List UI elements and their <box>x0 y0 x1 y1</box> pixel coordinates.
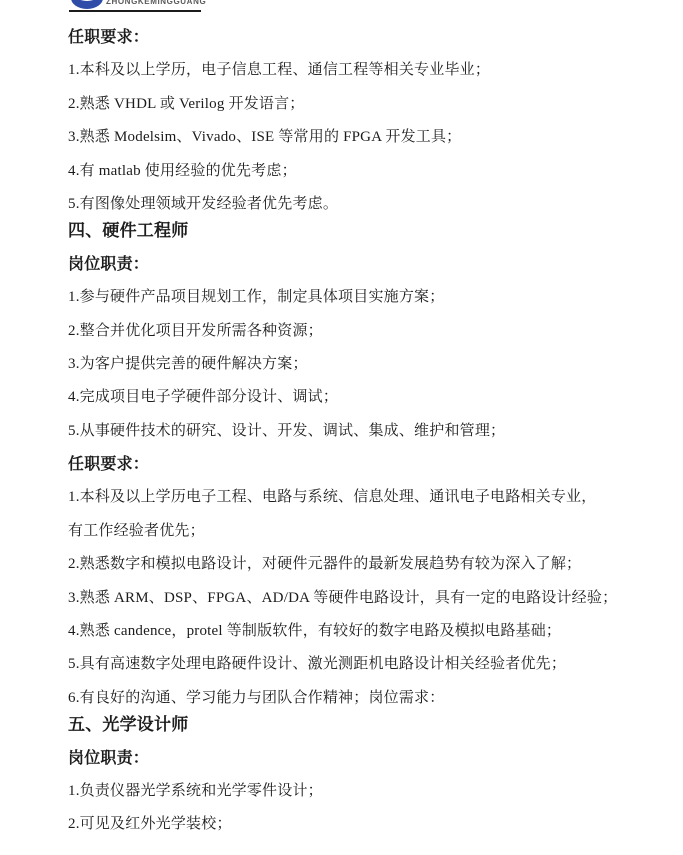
paragraph-line: 4.完成项目电子学硬件部分设计、调试； <box>68 381 673 414</box>
company-logo-text: ZHONGKEMINGGUANG <box>106 0 206 6</box>
section-heading: 岗位职责： <box>68 248 673 281</box>
section-heading: 任职要求： <box>68 21 673 54</box>
section-heading: 岗位职责： <box>68 742 673 775</box>
paragraph-line: 有工作经验者优先； <box>68 515 673 548</box>
paragraph-line: 1.参与硬件产品项目规划工作，制定具体项目实施方案； <box>68 281 673 314</box>
paragraph-line: 1.本科及以上学历，电子信息工程、通信工程等相关专业毕业； <box>68 54 673 87</box>
paragraph-line: 2.整合并优化项目开发所需各种资源； <box>68 315 673 348</box>
paragraph-line: 3.为客户提供完善的硬件解决方案； <box>68 348 673 381</box>
document-page: ZHONGKEMINGGUANG 任职要求：1.本科及以上学历，电子信息工程、通… <box>0 0 683 855</box>
chapter-heading: 四、硬件工程师 <box>68 214 673 247</box>
paragraph-line: 3.熟悉 ARM、DSP、FPGA、AD/DA 等硬件电路设计，具有一定的电路设… <box>68 582 673 615</box>
paragraph-line: 2.可见及红外光学装校； <box>68 808 673 841</box>
paragraph-line: 4.有 matlab 使用经验的优先考虑； <box>68 155 673 188</box>
company-logo-mark-icon <box>71 0 103 9</box>
paragraph-line: 5.从事硬件技术的研究、设计、开发、调试、集成、维护和管理； <box>68 415 673 448</box>
paragraph-line: 1.本科及以上学历电子工程、电路与系统、信息处理、通讯电子电路相关专业， <box>68 481 673 514</box>
paragraph-line: 2.熟悉数字和模拟电路设计，对硬件元器件的最新发展趋势有较为深入了解； <box>68 548 673 581</box>
paragraph-line: 2.熟悉 VHDL 或 Verilog 开发语言； <box>68 88 673 121</box>
section-heading: 任职要求： <box>68 448 673 481</box>
paragraph-line: 4.熟悉 candence，protel 等制版软件，有较好的数字电路及模拟电路… <box>68 615 673 648</box>
paragraph-line: 5.具有高速数字处理电路硬件设计、激光测距机电路设计相关经验者优先； <box>68 648 673 681</box>
paragraph-line: 1.负责仪器光学系统和光学零件设计； <box>68 775 673 808</box>
document-body: 任职要求：1.本科及以上学历，电子信息工程、通信工程等相关专业毕业；2.熟悉 V… <box>68 21 673 842</box>
paragraph-line: 3.熟悉 Modelsim、Vivado、ISE 等常用的 FPGA 开发工具； <box>68 121 673 154</box>
logo-underline <box>69 10 201 12</box>
